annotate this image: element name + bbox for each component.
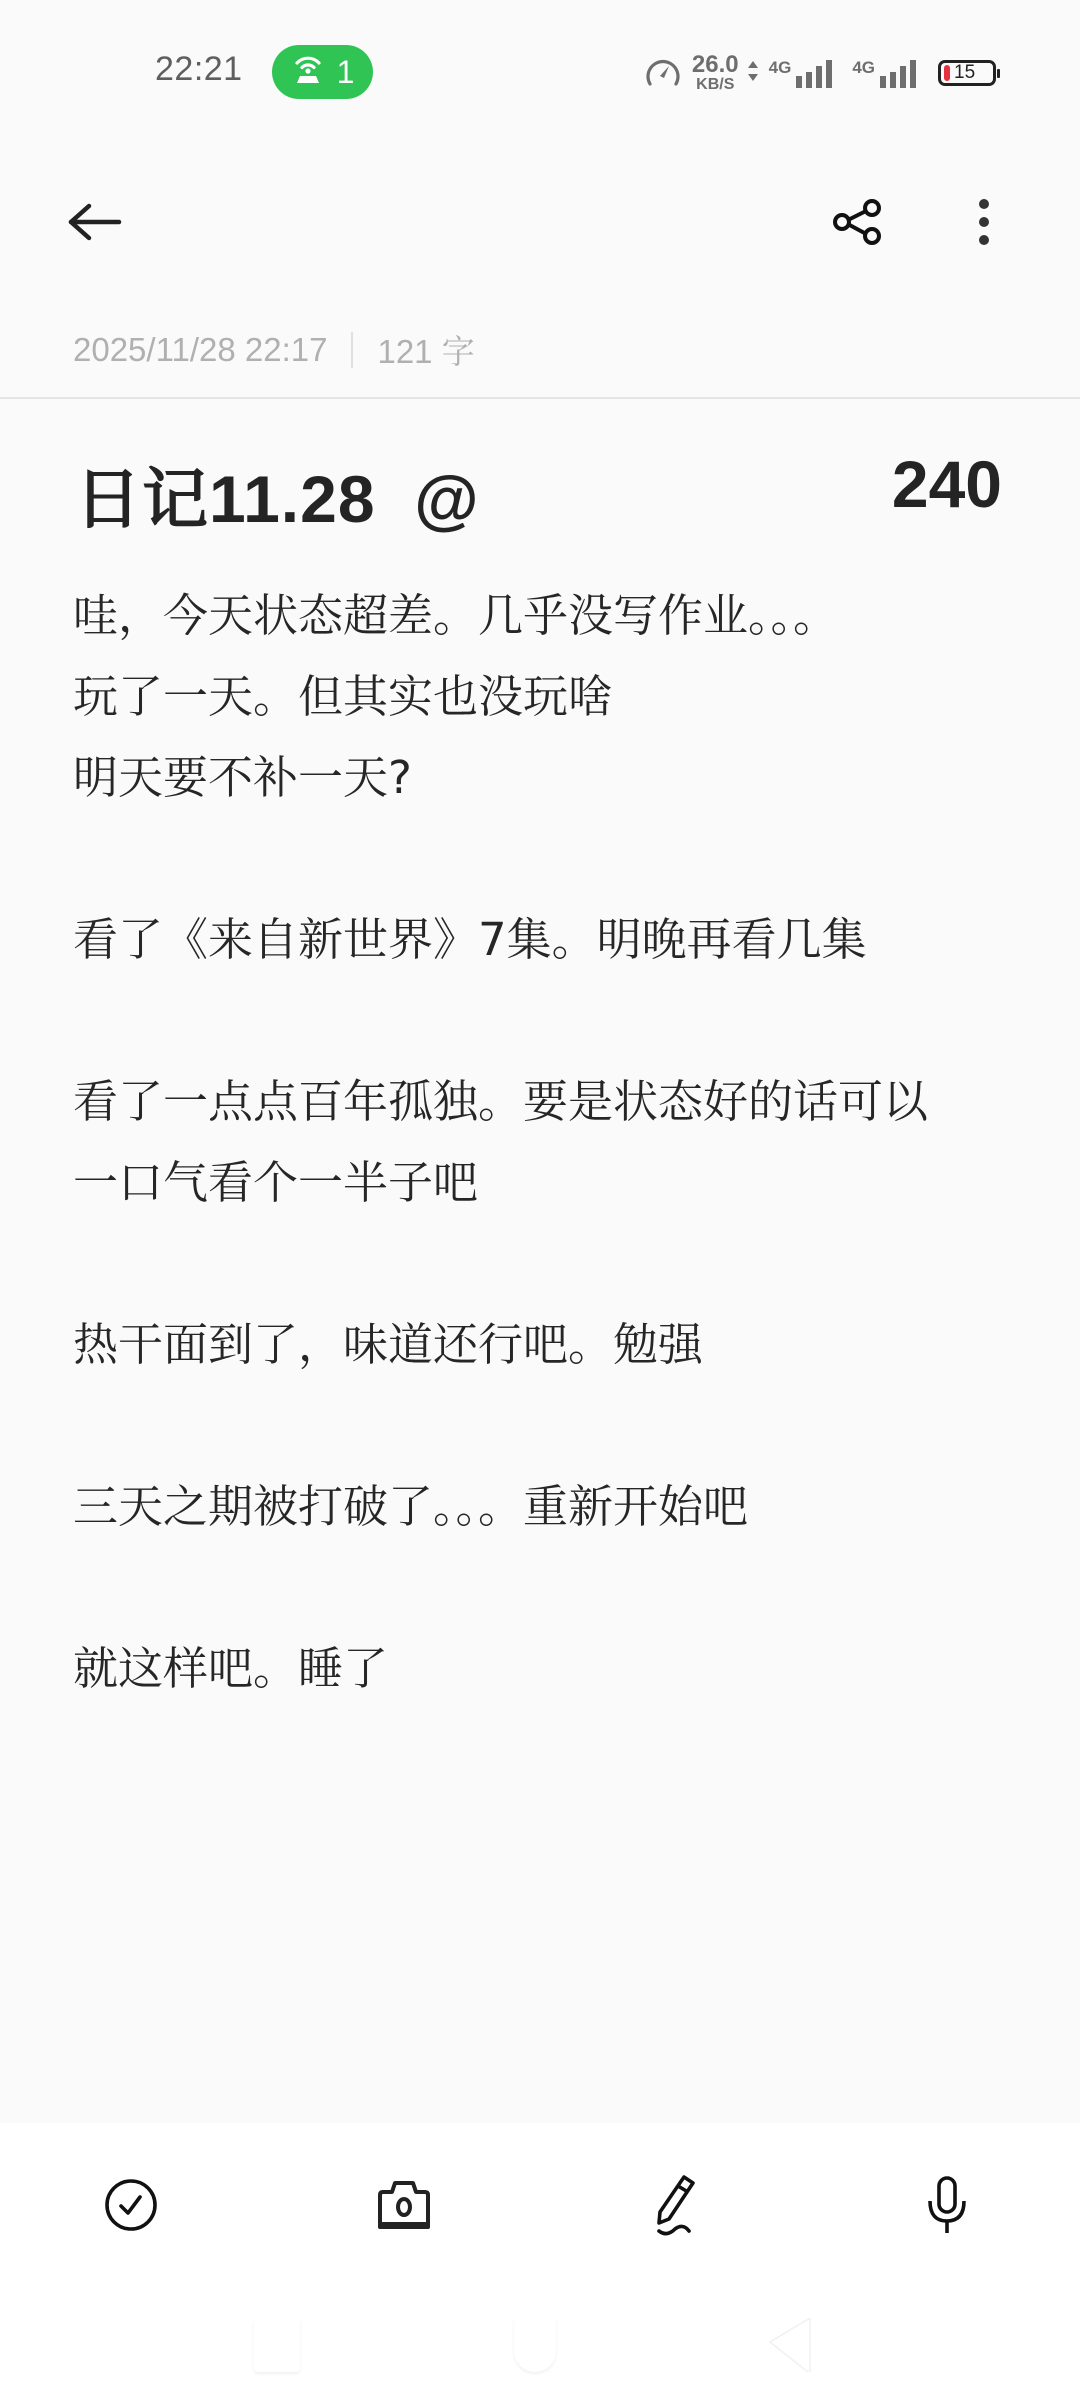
body-line: 哇，今天状态超差。几乎没写作业。。。 (73, 575, 1013, 656)
body-line (73, 818, 1013, 899)
note-title-number[interactable]: 240 (892, 446, 1002, 522)
sim2-signal: 4G (852, 58, 918, 88)
net-speed: 26.0 KB/S (692, 53, 739, 93)
body-line: 就这样吧。睡了 (73, 1628, 1013, 1709)
body-line: 三天之期被打破了。。。重新开始吧 (73, 1466, 1013, 1547)
note-meta: 2025/11/28 22:17 121 字 (73, 326, 475, 373)
speedometer-icon (644, 54, 682, 92)
hotspot-icon (291, 51, 325, 93)
body-line: 看了一点点百年孤独。要是状态好的话可以 (73, 1061, 1013, 1142)
nav-back-icon (768, 2318, 812, 2372)
note-body[interactable]: 哇，今天状态超差。几乎没写作业。。。 玩了一天。但其实也没玩啥 明天要不补一天?… (73, 575, 1013, 1709)
arrow-left-icon (65, 202, 125, 242)
voice-input-button[interactable] (902, 2160, 992, 2250)
handwriting-button[interactable] (630, 2160, 720, 2250)
more-vertical-icon (974, 197, 994, 247)
checklist-button[interactable] (86, 2160, 176, 2250)
check-circle-icon (103, 2177, 159, 2233)
body-line (73, 1547, 1013, 1628)
share-button[interactable] (818, 182, 898, 262)
note-timestamp: 2025/11/28 22:17 (73, 331, 327, 369)
share-icon (830, 197, 886, 247)
battery-level: 15 (954, 62, 975, 84)
signal-bars-icon (794, 58, 834, 88)
sim1-signal: 4G (769, 58, 835, 88)
body-line (73, 980, 1013, 1061)
status-time: 22:21 (155, 50, 243, 89)
note-title[interactable]: 日记11.28 @ (75, 446, 480, 541)
nav-back-button[interactable] (768, 2318, 812, 2372)
meta-separator (351, 332, 353, 368)
data-transfer-icon (747, 58, 759, 88)
status-icons: 26.0 KB/S 4G 4G 15 (644, 48, 996, 98)
nav-home-button[interactable] (514, 2318, 556, 2372)
more-options-button[interactable] (944, 182, 1024, 262)
header-divider (0, 397, 1080, 399)
signal-bars-icon (878, 58, 918, 88)
body-line: 看了《来自新世界》7集。明晚再看几集 (73, 899, 1013, 980)
nav-recents-button[interactable] (254, 2318, 300, 2372)
body-line: 一口气看个一半子吧 (73, 1142, 1013, 1223)
body-line: 明天要不补一天? (73, 737, 1013, 818)
hotspot-count: 1 (337, 54, 355, 91)
word-count: 121 字 (377, 326, 474, 373)
body-line: 玩了一天。但其实也没玩啥 (73, 656, 1013, 737)
back-button[interactable] (55, 182, 135, 262)
hotspot-badge[interactable]: 1 (272, 45, 373, 99)
body-line (73, 1385, 1013, 1466)
body-line: 热干面到了，味道还行吧。勉强 (73, 1304, 1013, 1385)
camera-icon (374, 2177, 434, 2233)
battery-icon: 15 (938, 60, 996, 86)
microphone-icon (922, 2175, 972, 2235)
camera-button[interactable] (359, 2160, 449, 2250)
pen-icon (647, 2173, 703, 2237)
body-line (73, 1223, 1013, 1304)
